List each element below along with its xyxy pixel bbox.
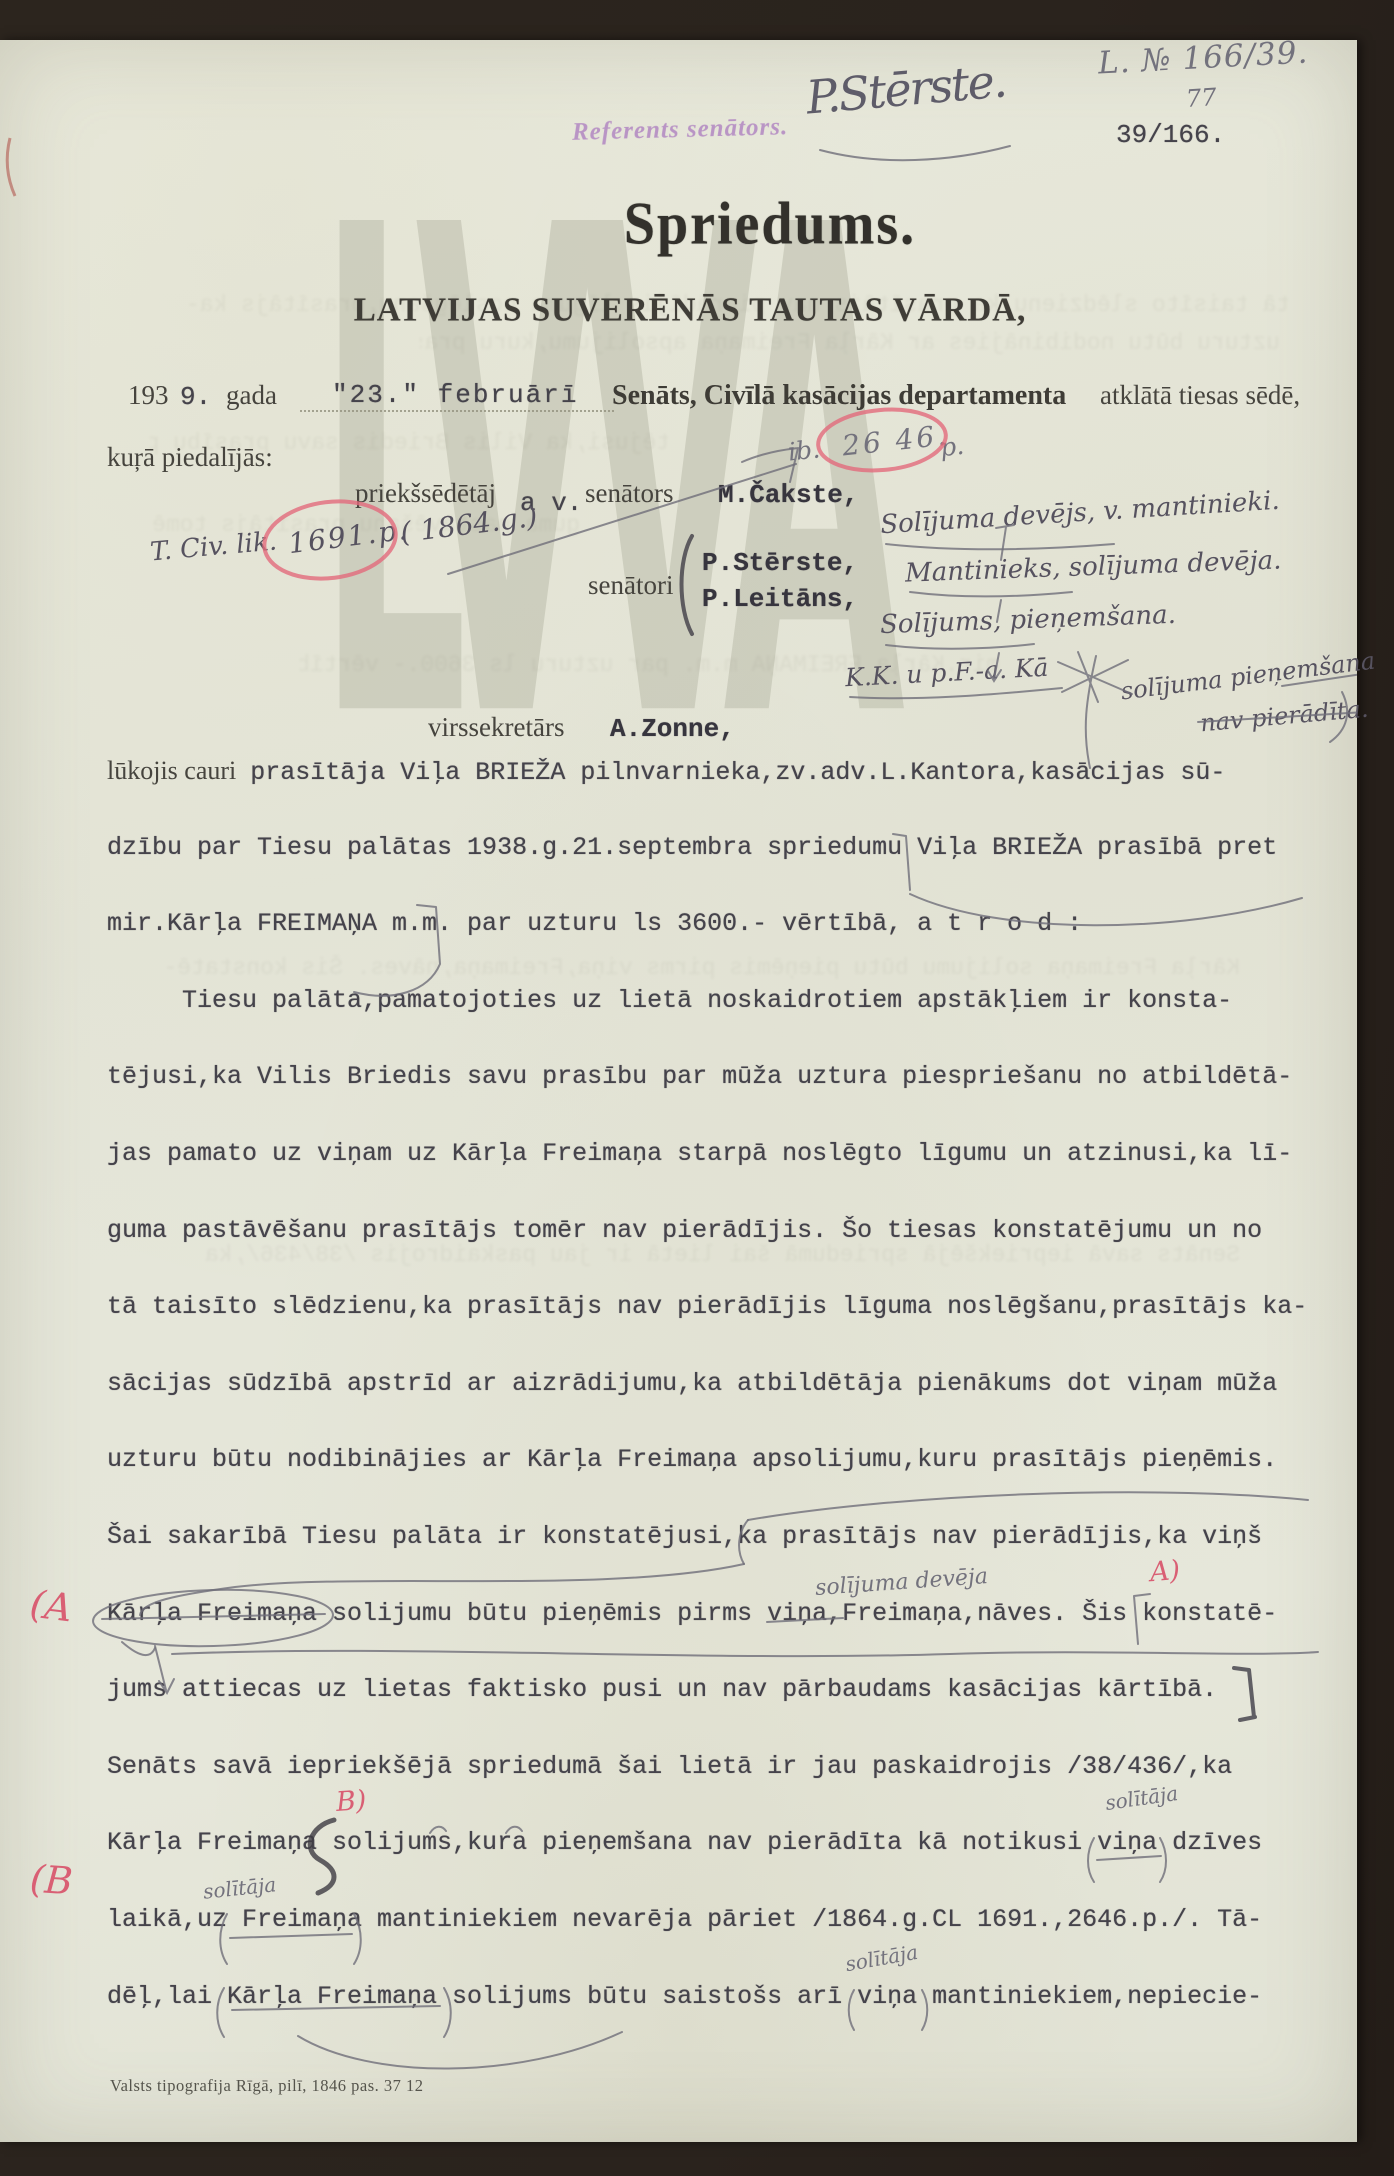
printer-imprint: Valsts tipografija Rīgā, pilī, 1846 pas.… bbox=[110, 2076, 424, 2096]
chairman-name: M.Čakste, bbox=[718, 480, 858, 510]
judgment-subtitle: LATVIJAS SUVERĒNĀS TAUTAS VĀRDĀ, bbox=[230, 291, 1150, 329]
gada-label: gada bbox=[226, 380, 277, 411]
note-kk: K.K. u p.F.-a. Kā bbox=[844, 653, 1049, 693]
scanned-court-document: LVVA tā taisīto slēdzienu,ka prasītājs n… bbox=[0, 0, 1394, 2176]
red-edge-mark bbox=[7, 138, 15, 196]
body-line: Šai sakarībā Tiesu palāta ir konstatējus… bbox=[107, 1522, 1317, 1599]
chairman-role-label: senātors bbox=[585, 478, 673, 509]
senator-name-2: P.Leitāns, bbox=[702, 584, 858, 614]
court-session-text: atklātā tiesas sēdē, bbox=[1100, 380, 1300, 411]
ib-note-prefix: ib. bbox=[787, 434, 822, 466]
senators-brace bbox=[682, 536, 693, 634]
case-number-pencil: L. № 166/39. bbox=[1097, 35, 1309, 82]
secretary-label: virssekretārs bbox=[428, 712, 564, 743]
participants-label: kuŗā piedalījās: bbox=[107, 442, 273, 473]
hw-underline bbox=[886, 644, 1034, 649]
red-mark-b: B) bbox=[335, 1785, 367, 1818]
body-line: mir.Kārļa FREIMAŅA m.m. par uzturu ls 36… bbox=[107, 909, 1317, 986]
red-mark-a: A) bbox=[1149, 1555, 1182, 1589]
red-mark-a-margin: (A bbox=[27, 1582, 74, 1631]
body-line: jas pamato uz viņam uz Kārļa Freimaņa st… bbox=[107, 1139, 1317, 1216]
document-paper-sheet: LVVA tā taisīto slēdzienu,ka prasītājs n… bbox=[0, 40, 1357, 2142]
judgment-title: Spriedums. bbox=[470, 189, 1070, 258]
year-printed: 193 bbox=[128, 380, 169, 411]
note-chairman-role: Solījuma devējs, v. mantinieki. bbox=[879, 486, 1280, 540]
referent-stamp: Referents senātors. bbox=[572, 113, 789, 147]
senator-name-1: P.Stērste, bbox=[702, 548, 858, 578]
body-line: Kārļa Freimaņa solijums,kura pieņemšana … bbox=[107, 1828, 1317, 1905]
secretary-name: A.Zonne, bbox=[610, 714, 735, 744]
body-line: lūkojis cauriprasītāja Viļa BRIEŽA pilnv… bbox=[107, 756, 1317, 833]
body-line: laikā,uz Freimaņa mantiniekiem nevarēja … bbox=[107, 1905, 1317, 1982]
body-line-typed: prasītāja Viļa BRIEŽA pilnvarnieka,zv.ad… bbox=[250, 758, 1225, 787]
hw-underline bbox=[910, 592, 1072, 597]
body-line: Tiesu palāta,pamatojoties uz lietā noska… bbox=[107, 986, 1317, 1063]
body-line: uzturu būtu nodibinājies ar Kārļa Freima… bbox=[107, 1445, 1317, 1522]
note-senator-role: Mantinieks, solījuma devēja. bbox=[905, 545, 1282, 588]
date-typed: "23." februārī bbox=[332, 380, 578, 410]
body-line: jums attiecas uz lietas faktisko pusi un… bbox=[107, 1675, 1317, 1752]
body-line: dēļ,lai Kārļa Freimaņa solijums būtu sai… bbox=[107, 1982, 1317, 2059]
civ-lik-note: T. Civ. lik. bbox=[149, 527, 278, 568]
body-line: tējusi,ka Vilis Briedis savu prasību par… bbox=[107, 1062, 1317, 1139]
body-line: guma pastāvēšanu prasītājs tomēr nav pie… bbox=[107, 1216, 1317, 1293]
body-line: tā taisīto slēdzienu,ka prasītājs nav pi… bbox=[107, 1292, 1317, 1369]
red-mark-b-margin: (B bbox=[29, 1857, 75, 1904]
note-nav-pieradita: nav pierādīta. bbox=[1199, 695, 1369, 738]
year-typed: 9. bbox=[180, 382, 211, 412]
body-line: dzību par Tiesu palātas 1938.g.21.septem… bbox=[107, 833, 1317, 910]
note-solijums: Solījums, pieņemšana. bbox=[880, 600, 1177, 640]
case-number-typed: 39/166. bbox=[1116, 120, 1225, 150]
hw-scribble bbox=[1058, 652, 1132, 768]
ib-note-circled: 26 46. bbox=[841, 418, 951, 462]
sheet-number-pencil: 77 bbox=[1185, 83, 1217, 113]
chairman-label: priekšsēdētāj bbox=[355, 478, 496, 509]
reviewed-label: lūkojis cauri bbox=[107, 756, 236, 785]
civ-lik-circled: 1691.p. bbox=[286, 513, 410, 560]
judgment-body-text: lūkojis cauriprasītāja Viļa BRIEŽA pilnv… bbox=[107, 756, 1317, 2058]
court-name-bold: Senāts, Civīlā kasācijas departamenta bbox=[612, 380, 1066, 412]
body-line: Kārļa Freimaņa solijumu būtu pieņēmis pi… bbox=[107, 1599, 1317, 1676]
bleedthrough-ghost: uzturu būtu nodibinājies ar Kārļa Freima… bbox=[420, 330, 1280, 356]
senators-label: senātori bbox=[588, 570, 673, 601]
body-line: sācijas sūdzībā apstrīd ar aizrādijumu,k… bbox=[107, 1369, 1317, 1446]
hw-underline bbox=[886, 544, 1114, 549]
referent-signature: P.Stērste. bbox=[804, 53, 1007, 124]
ib-note-suffix: p. bbox=[939, 431, 966, 462]
signature-flourish bbox=[820, 146, 1010, 160]
